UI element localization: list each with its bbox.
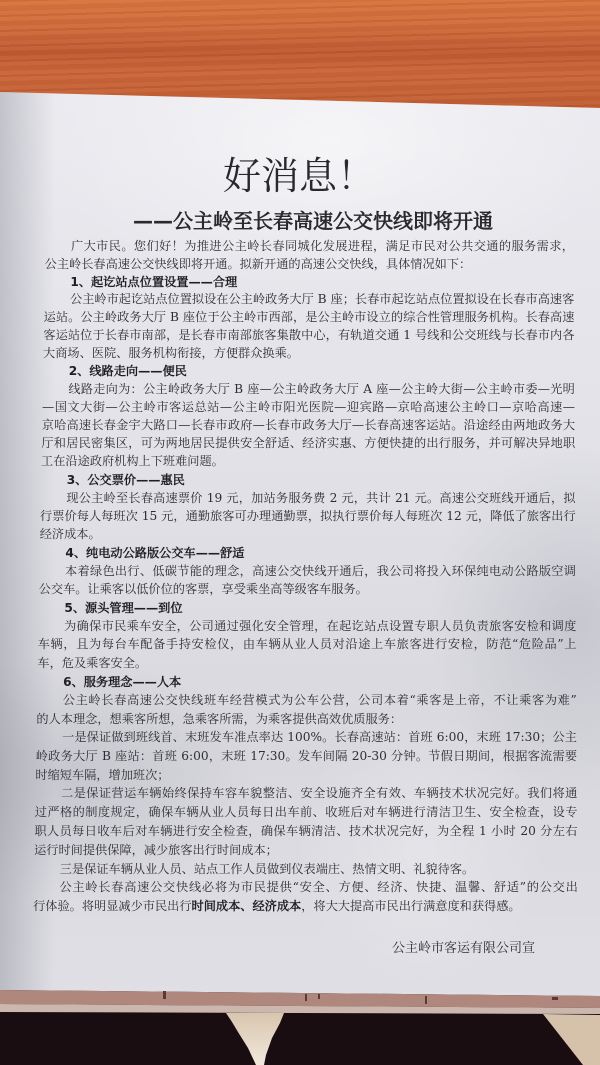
issuer-signature: 公主岭市客运有限公司宣	[392, 940, 535, 958]
text-line: 为确保市民乘车安全，公司通过强化安全管理，在起讫站点设置专职人员负责旅客安检和调…	[38, 617, 576, 635]
text-line: 现公主岭至长春高速票价 19 元，加站务服务费 2 元，共计 21 元。高速公交…	[40, 489, 575, 507]
text-line: 经济成本。	[40, 525, 576, 543]
section-heading: 2、线路走向——便民	[43, 362, 575, 380]
text-line: 公主岭长春高速公交快线必将为市民提供“安全、方便、经济、快捷、温馨、舒适”的公交…	[33, 878, 577, 896]
text-line: 行票价每人每班次 15 元，通勤旅客可办理通勤票，拟执行票价每人每班次 12 元…	[40, 507, 576, 525]
text-line: 京哈高速长春金宇大路口—长春市政府—长春市政务大厅—长春高速客运站。沿途经由两地…	[42, 416, 575, 434]
closing-emphasis: 时间成本、经济成本	[192, 899, 302, 913]
text-line: 时缩短车隔，增加班次；	[35, 766, 577, 784]
text-line: 行体验。将明显减少市民出行时间成本、经济成本，将大大提高市民出行满意度和获得感。	[33, 897, 578, 915]
text-line: 岭政务大厅 B 座站：首班 6:00，末班 17:30。发车间隔 20-30 分…	[36, 747, 577, 765]
desk-edge-highlight	[0, 1004, 600, 1014]
text-line: 公主岭长春高速公交快线即将开通。拟新开通的高速公交快线，具体情况如下：	[45, 255, 574, 273]
text-line: 职人员每日收车后对车辆进行安全检查，确保车辆清洁、技术状况完好，为全程 1 小时…	[34, 822, 577, 840]
closing-text: ，将大大提高市民出行满意度和获得感。	[301, 899, 520, 913]
text-line: 车，危及乘客安全。	[37, 654, 576, 672]
text-line: 三是保证车辆从业人员、站点工作人员做到仪表端庄、热情文明、礼貌待客。	[34, 860, 578, 878]
section-heading: 3、公交票价——惠民	[41, 471, 576, 489]
text-line: 公交车。让乘客以低价位的客票，享受乘坐高等级客车服务。	[39, 580, 576, 598]
section-heading: 1、起讫站点位置设置——合理	[44, 273, 574, 291]
text-line: 工在沿途政府机构上下班难问题。	[41, 452, 575, 470]
text-line: 客运站位于长春市南部，是长春市南部旅客集散中心，有轨道交通 1 号线和公交班线与…	[43, 326, 574, 344]
dark-foreground	[0, 1010, 600, 1065]
section-heading: 4、纯电动公路版公交车——舒适	[39, 544, 575, 562]
background-gap	[226, 1013, 284, 1065]
text-line: 二是保证营运车辆始终保持车容车貌整洁、安全设施齐全有效、车辆技术状况完好。我们将…	[35, 784, 577, 802]
text-line: —国文大街—公主岭市客运总站—公主岭市阳光医院—迎宾路—京哈高速公主岭口—京哈高…	[42, 398, 575, 416]
notice-subtitle: ——公主岭至长春高速公交快线即将开通	[133, 210, 493, 232]
section-heading: 6、服务理念——人本	[37, 673, 577, 691]
text-line: 广大市民。您们好！为推进公主岭长春同城化发展进程，满足市民对公共交通的服务需求，	[45, 237, 574, 255]
text-line: 运行时间提供保障，减少旅客出行时间成本；	[34, 841, 578, 859]
text-line: 厅和居民密集区，可为两地居民提供安全舒适、经济实惠、方便快捷的出行服务，并可解决…	[41, 434, 575, 452]
text-line: 的人本理念，想乘客所想，急乘客所需，为乘客提供高效优质服务：	[36, 710, 576, 728]
notice-title: 好消息！	[0, 156, 598, 196]
background-right	[543, 1014, 600, 1065]
text-line: 公主岭市起讫站点位置拟设在公主岭政务大厅 B 座；长春市起讫站点位置拟设在长春市…	[44, 290, 574, 308]
text-line: 一是保证做到班线首、末班发车准点率达 100%。长春高速站：首班 6:00，末班…	[36, 728, 577, 746]
text-line: 运站。公主岭政务大厅 B 座位于公主岭市西部，是公主岭市设立的综合性管理服务机构…	[44, 308, 575, 326]
text-line: 本着绿色出行、低碳节能的理念，高速公交快线开通后，我公司将投入环保纯电动公路版空…	[39, 562, 576, 580]
closing-text: 行体验。将明显减少市民出行	[33, 899, 191, 913]
text-line: 线路走向为：公主岭政务大厅 B 座—公主岭政务大厅 A 座—公主岭大街—公主岭市…	[42, 380, 575, 398]
text-line: 大商场、医院、服务机构衔接，方便群众换乘。	[43, 344, 575, 362]
text-line: 公主岭长春高速公交快线班车经营模式为公车公营，公司本着“乘客是上帝，不让乘客为难…	[37, 691, 577, 709]
section-heading: 5、源头管理——到位	[38, 599, 576, 617]
text-line: 车辆，且为每台车配备手持安检仪，由车辆从业人员对沿途上车旅客进行安检，防范“危险…	[38, 635, 577, 653]
text-line: 过严格的制度规定，确保车辆从业人员每日出车前、收班后对车辆进行清洁卫生、安全检查…	[35, 803, 578, 821]
